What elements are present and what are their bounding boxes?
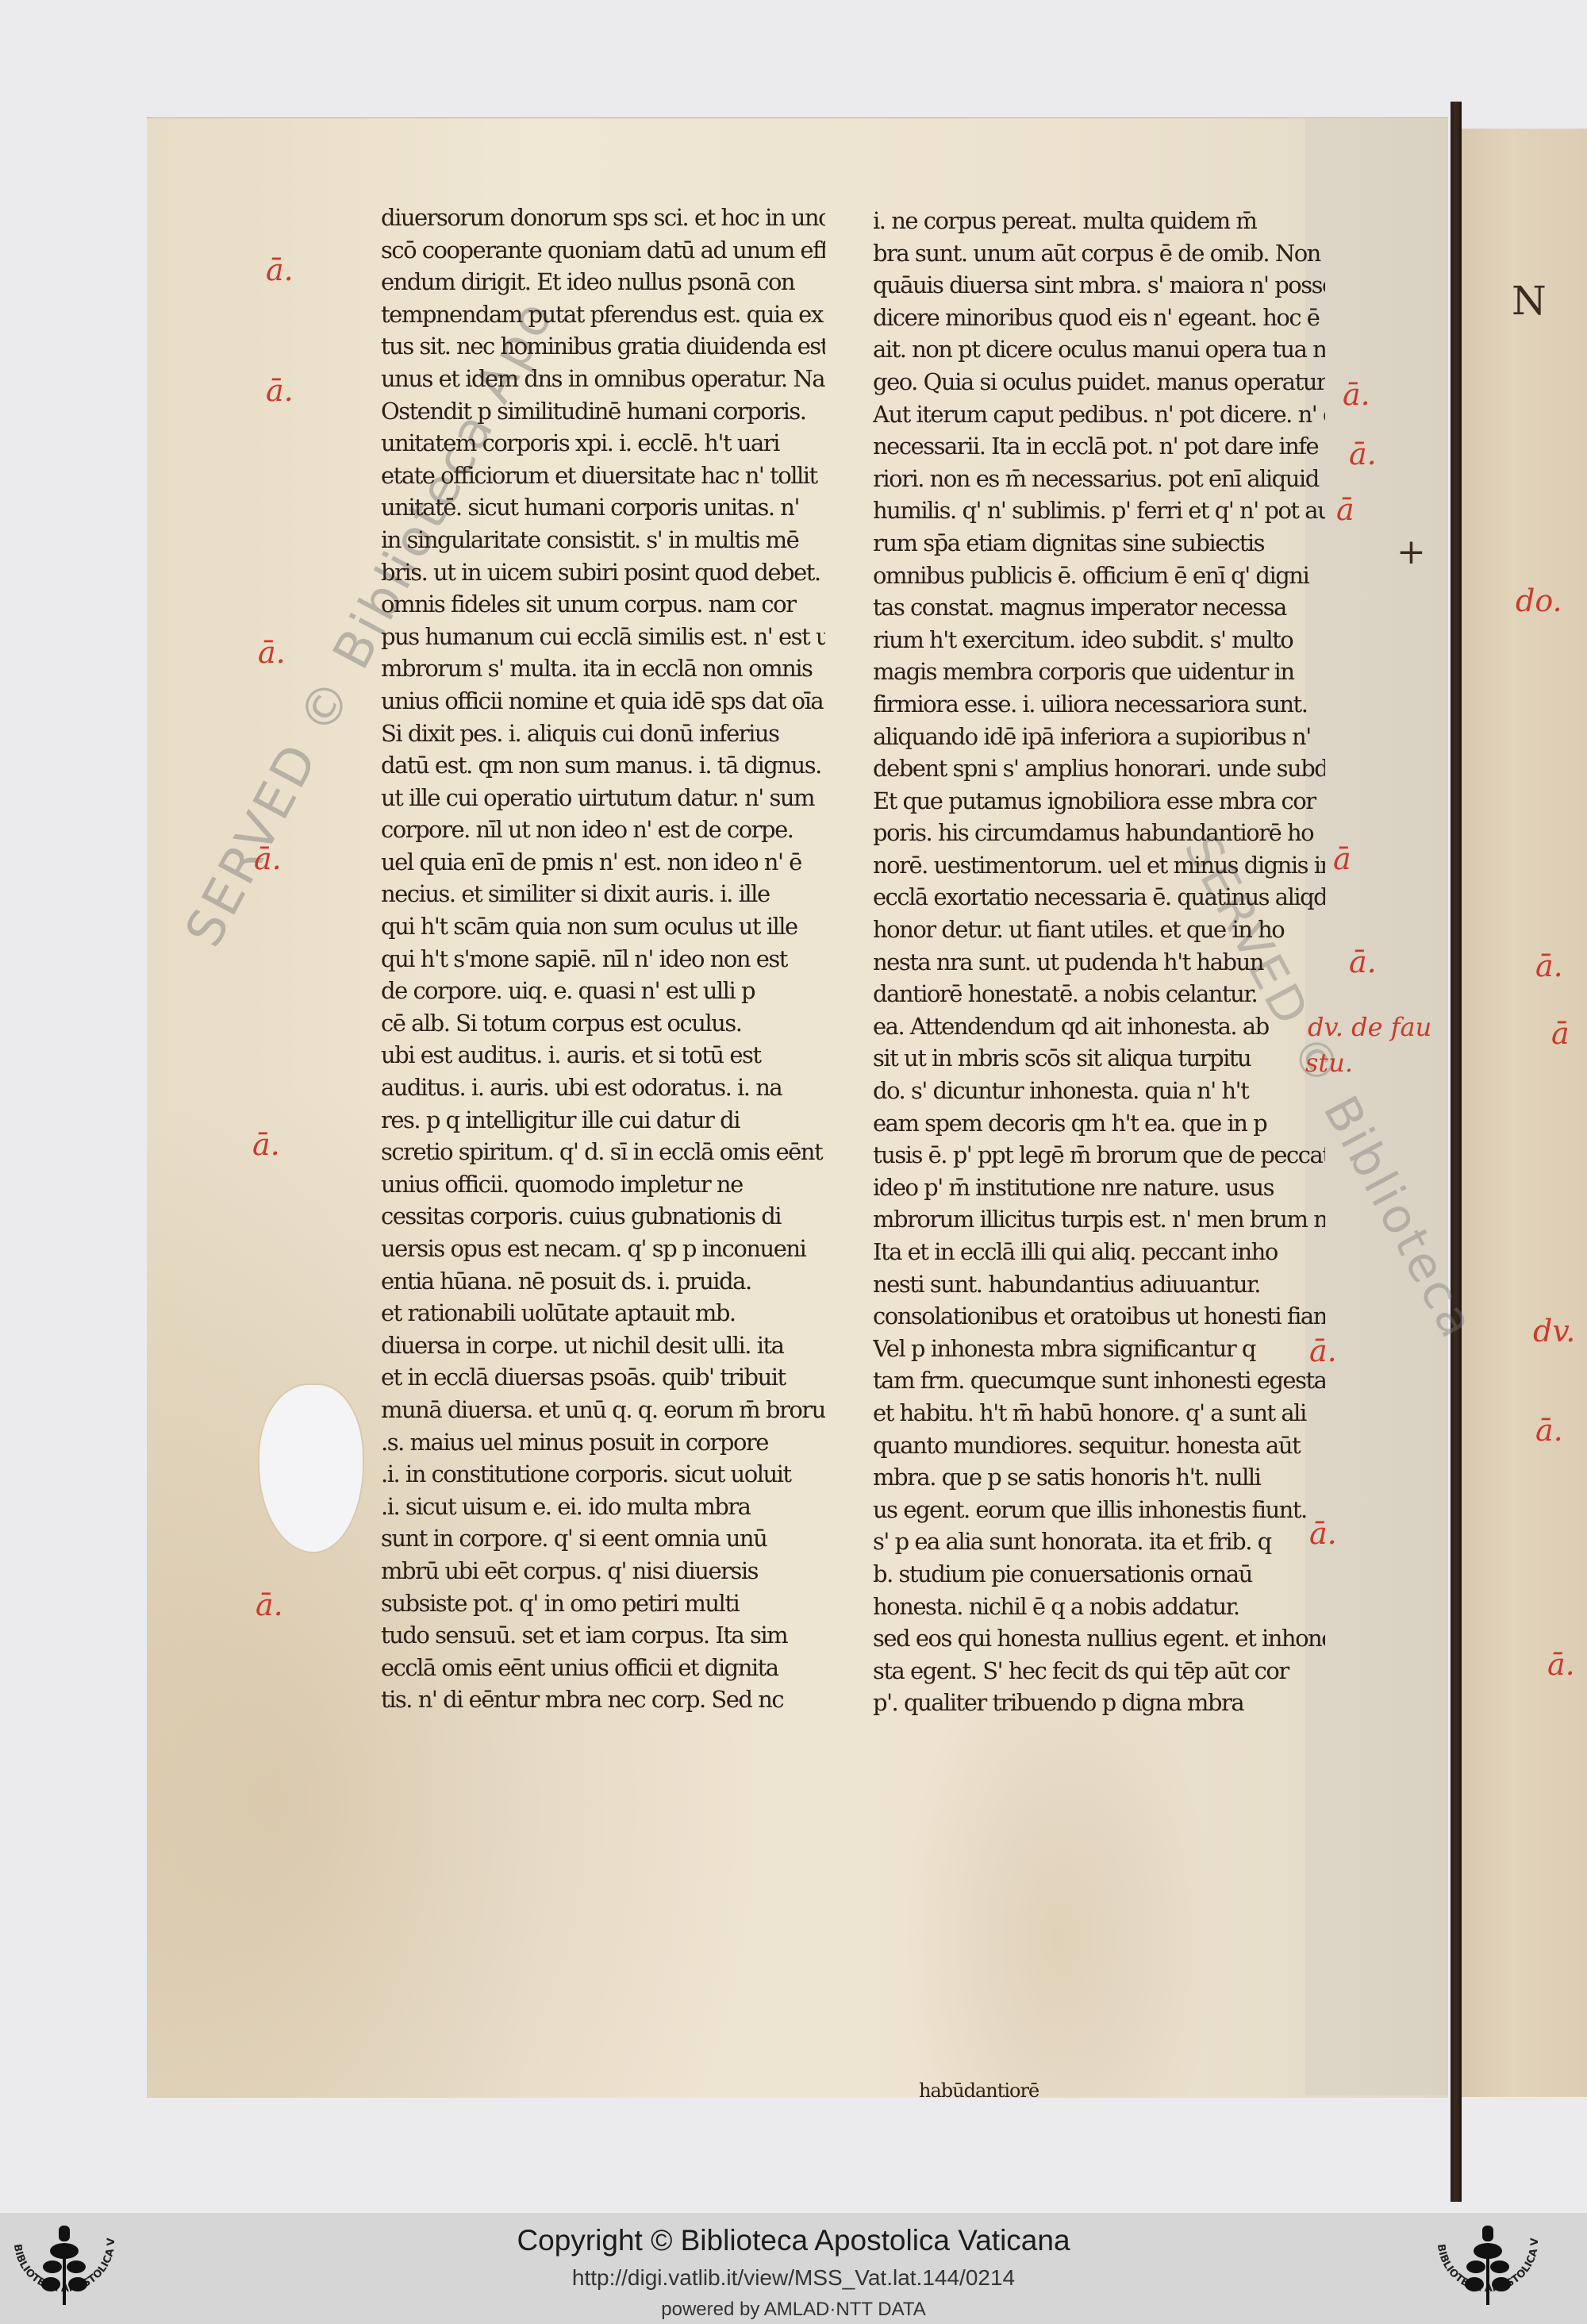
manuscript-line: datū est. qm non sum manus. i. tā dignus… (381, 749, 825, 782)
manuscript-line: Et que putamus ignobiliora esse mbra cor (873, 785, 1325, 818)
manuscript-line: munā diuersa. et unū q. q. eorum m̄ bror… (381, 1394, 825, 1426)
manuscript-line: diuersa in corpe. ut nichil desit ulli. … (381, 1329, 825, 1362)
manuscript-line: omnis fideles sit unum corpus. nam cor (381, 588, 825, 621)
manuscript-line: et in ecclā diuersas psoās. quib' tribui… (381, 1361, 825, 1394)
manuscript-line: unius officii nomine et quia idē sps dat… (381, 685, 825, 718)
facing-page-note: ā (1551, 1016, 1570, 1051)
manuscript-line: uel quia enī de pmis n' est. non ideo n'… (381, 846, 825, 879)
manuscript-line: necessarii. Ita in ecclā pot. n' pot dar… (873, 430, 1325, 463)
manuscript-line: .i. in constitutione corporis. sicut uol… (381, 1458, 825, 1491)
manuscript-line: debent spni s' amplius honorari. unde su… (873, 752, 1325, 785)
manuscript-line: sta egent. S' hec fecit ds qui tēp aūt c… (873, 1655, 1325, 1687)
margin-note: ā (1333, 841, 1351, 876)
manuscript-line: tus sit. nec hominibus gratia diuidenda … (381, 330, 825, 363)
manuscript-line: ut ille cui operatio uirtutum datur. n' … (381, 782, 825, 814)
manuscript-line: endum dirigit. Et ideo nullus psonā con (381, 266, 825, 298)
manuscript-line: Ostendit p similitudinē humani corporis. (381, 395, 825, 428)
manuscript-line: rum sp̄a etiam dignitas sine subiectis (873, 527, 1325, 560)
manuscript-line: bra sunt. unum aūt corpus ē de omib. Non… (873, 237, 1325, 270)
facing-page-note: ā. (1547, 1647, 1575, 1682)
manuscript-line: quāuis diuersa sint mbra. s' maiora n' p… (873, 269, 1325, 302)
copyright-footer: BIBLIOTECA APOSTOLICA VATICANA Copyright… (0, 2213, 1587, 2324)
binding-gutter (1451, 102, 1462, 2202)
manuscript-line: cessitas corporis. cuius gubnationis di (381, 1200, 825, 1233)
manuscript-line: tam frm. quecumque sunt inhonesti egesta… (873, 1364, 1325, 1397)
manuscript-line: sit ut in mbris scōs sit aliqua turpitu (873, 1042, 1325, 1075)
manuscript-line: humilis. q' n' sublimis. p' ferri et q' … (873, 494, 1325, 527)
manuscript-line: unitatē. sicut humani corporis unitas. n… (381, 491, 825, 524)
manuscript-line: omnibus publicis ē. officium ē enī q' di… (873, 560, 1325, 592)
manuscript-line: do. s' dicuntur inhonesta. quia n' h't (873, 1075, 1325, 1107)
manuscript-line: bris. ut in uicem subiri posint quod deb… (381, 556, 825, 589)
catchword: habūdantiorē (919, 2080, 1039, 2102)
image-stage: SERVED © Biblioteca Apo SERVED © Bibliot… (0, 0, 1587, 2213)
text-column-right: i. ne corpus pereat. multa quidem m̄bra … (873, 205, 1325, 1719)
manuscript-line: diuersorum donorum sps sci. et hoc in un… (381, 202, 825, 234)
facing-page-note: ā. (1535, 1413, 1563, 1448)
margin-note: ā. (252, 1127, 280, 1162)
manuscript-line: b. studium pie conuersationis ornaū (873, 1558, 1325, 1591)
manuscript-line: corpore. nīl ut non ideo n' est de corpe… (381, 814, 825, 846)
manuscript-line: us egent. eorum que illis inhonestis fiu… (873, 1494, 1325, 1526)
margin-note: ā. (256, 1587, 283, 1622)
manuscript-line: Si dixit pes. i. aliquis cui donū inferi… (381, 718, 825, 750)
margin-note: ā. (254, 841, 282, 876)
cross-mark: + (1397, 532, 1426, 572)
manuscript-line: geo. Quia si oculus puidet. manus operat… (873, 366, 1325, 398)
manuscript-line: tusis ē. p' ppt legē m̄ brorum que de pe… (873, 1139, 1325, 1172)
manuscript-line: honor detur. ut fiant utiles. et que in … (873, 914, 1325, 946)
manuscript-line: sed eos qui honesta nullius egent. et in… (873, 1622, 1325, 1655)
manuscript-line: nesta nra sunt. ut pudenda h't habun (873, 946, 1325, 979)
facing-page-note: dv. (1533, 1314, 1575, 1349)
manuscript-line: uersis opus est necam. q' sp p inconueni (381, 1233, 825, 1265)
manuscript-line: sunt in corpore. q' si eent omnia unū (381, 1522, 825, 1555)
margin-note: ā. (1349, 437, 1377, 471)
manuscript-line: dicere minoribus quod eis n' egeant. hoc… (873, 302, 1325, 334)
manuscript-line: s' p ea alia sunt honorata. ita et frib.… (873, 1526, 1325, 1558)
manuscript-line: .s. maius uel minus posuit in corpore (381, 1426, 825, 1459)
manuscript-line: de corpore. uiq. e. quasi n' est ulli p (381, 975, 825, 1007)
manuscript-line: ideo p' m̄ institutione nre nature. usus (873, 1172, 1325, 1204)
margin-note: ā. (1309, 1516, 1337, 1551)
manuscript-line: qui h't s'mone sapiē. nīl n' ideo non es… (381, 943, 825, 975)
manuscript-line: rium h't exercitum. ideo subdit. s' mult… (873, 624, 1325, 656)
manuscript-line: norē. uestimentorum. uel et minus dignis… (873, 849, 1325, 882)
text-column-left: diuersorum donorum sps sci. et hoc in un… (381, 202, 825, 1716)
manuscript-line: nesti sunt. habundantius adiuuantur. (873, 1268, 1325, 1301)
margin-note: ā. (1309, 1333, 1337, 1368)
copyright-text: Copyright © Biblioteca Apostolica Vatica… (0, 2224, 1587, 2257)
manuscript-line: unus et idem dns in omnibus operatur. Na… (381, 363, 825, 395)
manuscript-line: scretio spiritum. q' d. sī in ecclā omis… (381, 1136, 825, 1168)
manuscript-line: ait. non pt dicere oculus manui opera tu… (873, 333, 1325, 366)
manuscript-line: auditus. i. auris. ubi est odoratus. i. … (381, 1072, 825, 1104)
facing-page-note: ā. (1535, 948, 1563, 983)
manuscript-line: mbrū ubi eēt corpus. q' nisi diuersis (381, 1555, 825, 1587)
manuscript-line: firmiora esse. i. uiliora necessariora s… (873, 688, 1325, 721)
margin-note: ā. (1343, 377, 1370, 412)
manuscript-line: ea. Attendendum qd ait inhonesta. ab (873, 1010, 1325, 1043)
margin-note: stu. (1305, 1048, 1353, 1078)
manuscript-line: tudo sensuū. set et iam corpus. Ita sim (381, 1619, 825, 1652)
manuscript-line: magis membra corporis que uidentur in (873, 656, 1325, 688)
manuscript-line: tempnendam putat pferendus est. quia ex … (381, 298, 825, 331)
manuscript-line: Vel p inhonesta mbra significantur q (873, 1333, 1325, 1365)
manuscript-line: i. ne corpus pereat. multa quidem m̄ (873, 205, 1325, 237)
margin-note: ā. (1349, 945, 1377, 979)
manuscript-line: mbra. que p se satis honoris h't. nulli (873, 1461, 1325, 1494)
manuscript-line: Ita et in ecclā illi qui aliq. peccant i… (873, 1236, 1325, 1268)
manuscript-line: ecclā omis eēnt unius officii et dignita (381, 1652, 825, 1684)
manuscript-line: etate officiorum et diuersitate hac n' t… (381, 460, 825, 492)
manuscript-line: consolationibus et oratoibus ut honesti … (873, 1300, 1325, 1333)
manuscript-line: poris. his circumdamus habundantiorē ho (873, 817, 1325, 849)
powered-by: powered by AMLAD·NTT DATA (0, 2299, 1587, 2321)
manuscript-line: honesta. nichil ē q a nobis addatur. (873, 1591, 1325, 1623)
manuscript-line: eam spem decoris qm h't ea. que in p (873, 1107, 1325, 1140)
manuscript-line: aliquando idē ipā inferiora a supioribus… (873, 721, 1325, 753)
manuscript-line: in singularitate consistit. s' in multis… (381, 524, 825, 556)
manuscript-line: .i. sicut uisum e. ei. ido multa mbra (381, 1491, 825, 1523)
facing-page (1462, 129, 1587, 2097)
manuscript-line: Aut iterum caput pedibus. n' pot dicere.… (873, 398, 1325, 431)
parchment-hole (259, 1385, 363, 1552)
margin-note: ā. (266, 252, 294, 287)
manuscript-line: cē alb. Si totum corpus est oculus. (381, 1007, 825, 1040)
manuscript-line: entia hūana. nē posuit ds. i. pruida. (381, 1265, 825, 1298)
manuscript-line: unitatem corporis xpi. i. ecclē. h't uar… (381, 427, 825, 460)
manuscript-line: res. p q intelligitur ille cui datur di (381, 1104, 825, 1137)
margin-note: ā (1336, 492, 1355, 527)
margin-note: dv. de fau (1308, 1012, 1431, 1042)
margin-note: ā. (258, 635, 286, 670)
manuscript-line: necius. et similiter si dixit auris. i. … (381, 878, 825, 910)
facing-page-note: N (1512, 278, 1547, 324)
manuscript-line: qui h't scām quia non sum oculus ut ille (381, 910, 825, 943)
manuscript-line: quanto mundiores. sequitur. honesta aūt (873, 1429, 1325, 1462)
image-url[interactable]: http://digi.vatlib.it/view/MSS_Vat.lat.1… (0, 2265, 1587, 2291)
margin-note: ā. (266, 373, 294, 408)
facing-page-note: do. (1516, 583, 1562, 618)
manuscript-line: mbrorum s' multa. ita in ecclā non omnis (381, 652, 825, 685)
manuscript-line: unius officii. quomodo impletur ne (381, 1168, 825, 1201)
manuscript-line: p'. qualiter tribuendo p digna mbra (873, 1687, 1325, 1719)
manuscript-line: pus humanum cui ecclā similis est. n' es… (381, 621, 825, 653)
manuscript-line: tas constat. magnus imperator necessa (873, 591, 1325, 624)
manuscript-line: et habitu. h't m̄ habū honore. q' a sunt… (873, 1397, 1325, 1429)
manuscript-line: riori. non es m̄ necessarius. pot enī al… (873, 463, 1325, 495)
manuscript-line: et rationabili uolūtate aptauit mb. (381, 1297, 825, 1329)
manuscript-line: subsiste pot. q' in omo petiri multi (381, 1587, 825, 1620)
manuscript-line: scō cooperante quoniam datū ad unum effi… (381, 234, 825, 267)
manuscript-line: ubi est auditus. i. auris. et si totū es… (381, 1039, 825, 1072)
vatican-library-logo-icon: BIBLIOTECA APOSTOLICA VATICANA (1428, 2218, 1547, 2321)
manuscript-line: ecclā exortatio necessaria ē. quatinus a… (873, 881, 1325, 914)
manuscript-line: tis. n' di eēntur mbra nec corp. Sed nc (381, 1683, 825, 1716)
manuscript-line: mbrorum illicitus turpis est. n' men bru… (873, 1203, 1325, 1236)
manuscript-line: dantiorē honestatē. a nobis celantur. (873, 978, 1325, 1010)
